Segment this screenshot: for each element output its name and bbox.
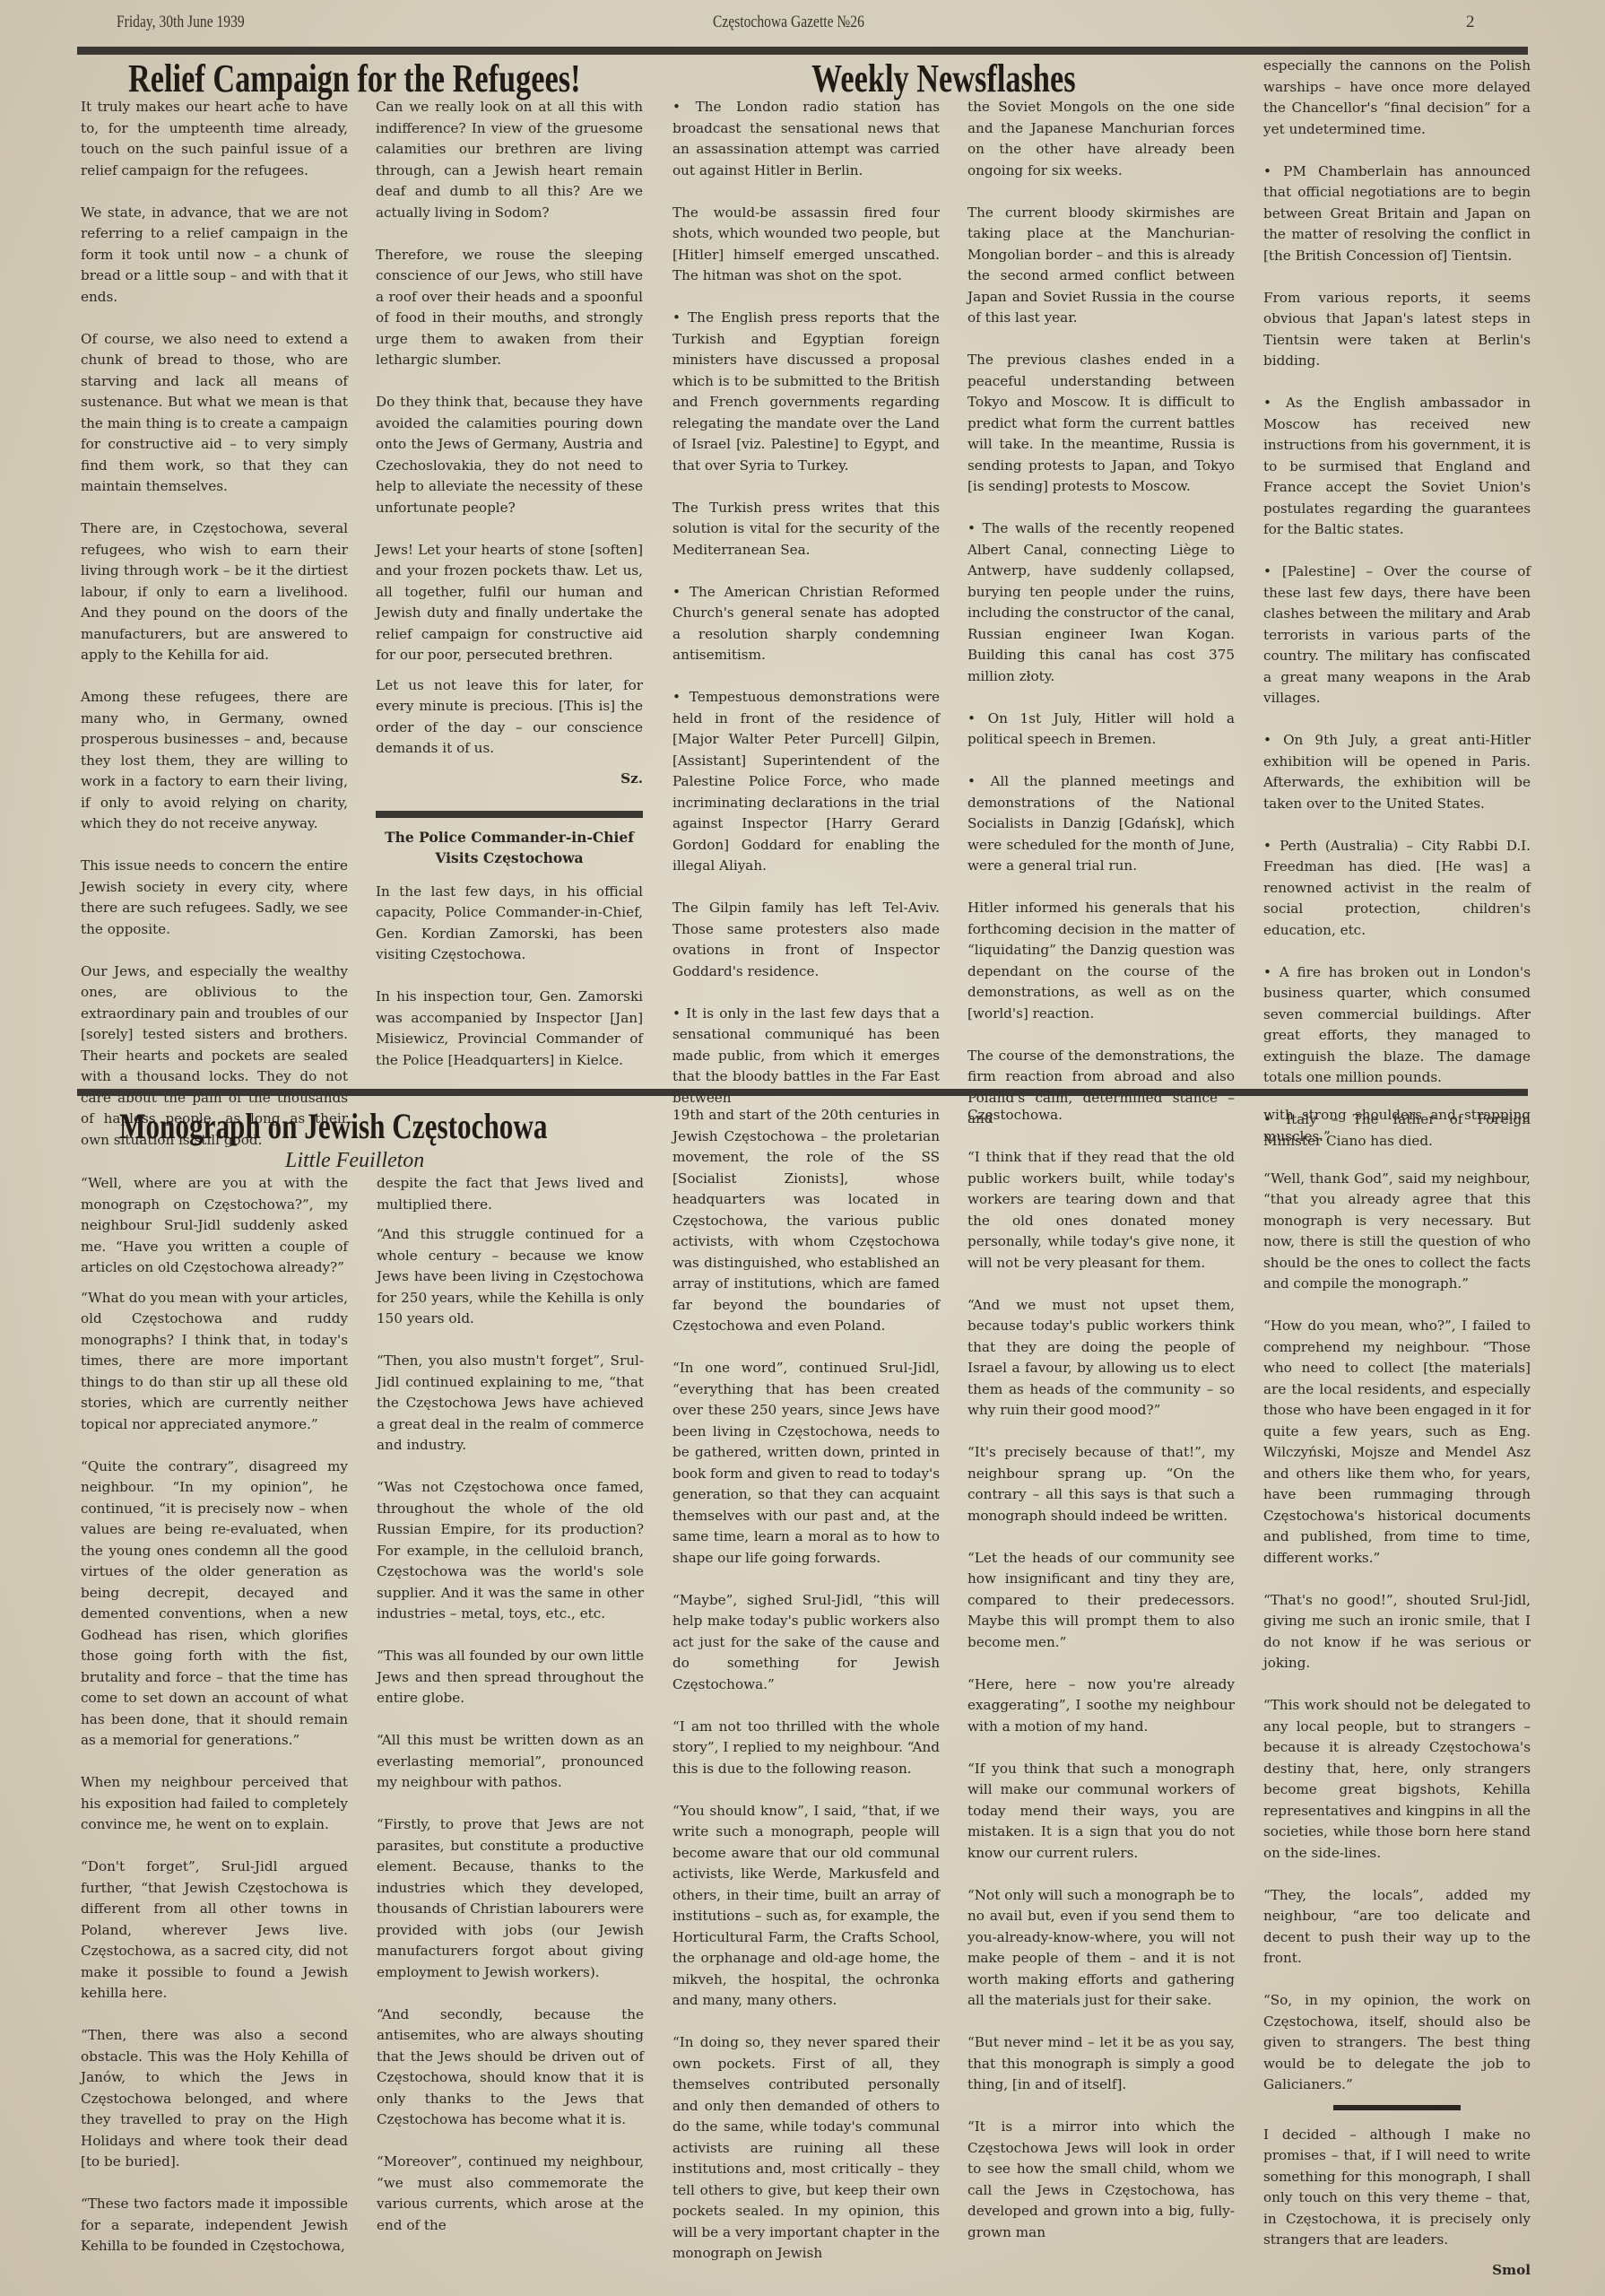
news-item: The American Christian Reformed Church's… — [672, 582, 940, 666]
paragraph: with strong shoulders and strapping musc… — [1263, 1105, 1531, 1147]
paragraph: In the last few days, in his official ca… — [376, 882, 643, 966]
paragraph: “Not only will such a monograph be to no… — [967, 1885, 1235, 2012]
section-divider — [376, 811, 643, 818]
paragraph: “Well, where are you at with the monogra… — [81, 1173, 348, 1279]
news-item: A fire has broken out in London's busine… — [1263, 962, 1531, 1089]
paragraph: “All this must be written down as an eve… — [377, 1730, 644, 1794]
monograph-column-1: “Well, where are you at with the monogra… — [81, 1173, 348, 2278]
section-divider — [1333, 2105, 1461, 2110]
paragraph: There are, in Częstochowa, several refug… — [81, 518, 348, 666]
paragraph: Of course, we also need to extend a chun… — [81, 329, 348, 498]
paragraph: Hitler informed his generals that his fo… — [967, 898, 1235, 1024]
news-column-2: the Soviet Mongols on the one side and t… — [967, 97, 1235, 1151]
paragraph: “So, in my opinion, the work on Częstoch… — [1263, 1990, 1531, 2096]
paragraph: Therefore, we rouse the sleeping conscie… — [376, 245, 643, 371]
relief-headline: Relief Campaign for the Refugees! — [128, 56, 581, 101]
paragraph: “Don't forget”, Srul-Jidl argued further… — [81, 1857, 348, 2005]
paragraph: “And this struggle continued for a whole… — [377, 1224, 644, 1330]
paragraph: “And secondly, because the antisemites, … — [377, 2005, 644, 2131]
middle-rule — [77, 1089, 1528, 1096]
paragraph: “In one word”, continued Srul-Jidl, “eve… — [672, 1358, 940, 1569]
paragraph: The previous clashes ended in a peaceful… — [967, 350, 1235, 498]
relief-column-1: It truly makes our heart ache to have to… — [81, 97, 348, 1172]
paragraph: “They, the locals”, added my neighbour, … — [1263, 1885, 1531, 1970]
paragraph: “Let the heads of our community see how … — [967, 1548, 1235, 1654]
news-item: Perth (Australia) – City Rabbi D.I. Free… — [1263, 836, 1531, 942]
police-headline: The Police Commander-in-Chief Visits Czę… — [376, 827, 643, 869]
paragraph: Do they think that, because they have av… — [376, 392, 643, 518]
relief-signature: Sz. — [376, 769, 643, 790]
monograph-subtitle: Little Feuilleton — [285, 1149, 424, 1173]
paragraph: the Soviet Mongols on the one side and t… — [967, 97, 1235, 181]
paragraph: “You should know”, I said, “that, if we … — [672, 1801, 940, 2012]
news-item: As the English ambassador in Moscow has … — [1263, 393, 1531, 541]
paragraph: “Here, here – now you're already exagger… — [967, 1674, 1235, 1738]
paragraph: “These two factors made it impossible fo… — [81, 2194, 348, 2257]
paragraph: “This work should not be delegated to an… — [1263, 1695, 1531, 1864]
paragraph: “It is a mirror into which the Częstocho… — [967, 2117, 1235, 2243]
paragraph: I decided – although I make no promises … — [1263, 2125, 1531, 2251]
paragraph: “But never mind – let it be as you say, … — [967, 2032, 1235, 2096]
monograph-signature: Smol — [1263, 2260, 1531, 2282]
paragraph: Let us not leave this for later, for eve… — [376, 675, 643, 760]
paragraph: “Firstly, to prove that Jews are not par… — [377, 1814, 644, 1983]
top-rule — [77, 47, 1528, 55]
paragraph: “How do you mean, who?”, I failed to com… — [1263, 1316, 1531, 1569]
monograph-column-5: with strong shoulders and strapping musc… — [1263, 1105, 1531, 2296]
paragraph: 19th and start of the 20th centuries in … — [672, 1105, 940, 1337]
paragraph: “I am not too thrilled with the whole st… — [672, 1717, 940, 1780]
paragraph: “Moreover”, continued my neighbour, “we … — [377, 2152, 644, 2236]
paragraph: Jews! Let your hearts of stone [soften] … — [376, 540, 643, 666]
paragraph: The would-be assassin fired four shots, … — [672, 203, 940, 287]
paragraph: Among these refugees, there are many who… — [81, 687, 348, 835]
news-headline: Weekly Newsflashes — [811, 56, 1076, 101]
newspaper-name: Częstochowa Gazette №26 — [713, 13, 864, 32]
paragraph: This issue needs to concern the entire J… — [81, 856, 348, 940]
paragraph: “It's precisely because of that!”, my ne… — [967, 1442, 1235, 1526]
paragraph: “If you think that such a monograph will… — [967, 1759, 1235, 1865]
news-item: All the planned meetings and demonstrati… — [967, 771, 1235, 877]
relief-column-2: Can we really look on at all this with i… — [376, 97, 643, 1092]
paragraph: We state, in advance, that we are not re… — [81, 203, 348, 309]
news-item: The English press reports that the Turki… — [672, 308, 940, 476]
paragraph: despite the fact that Jews lived and mul… — [377, 1173, 644, 1215]
news-item: PM Chamberlain has announced that offici… — [1263, 161, 1531, 267]
paragraph: From various reports, it seems obvious t… — [1263, 288, 1531, 372]
paragraph: “Maybe”, sighed Srul-Jidl, “this will he… — [672, 1590, 940, 1696]
masthead: Friday, 30th June 1939 Częstochowa Gazet… — [0, 13, 1605, 39]
issue-date: Friday, 30th June 1939 — [117, 13, 245, 32]
paragraph: “This was all founded by our own little … — [377, 1646, 644, 1709]
monograph-column-4: Częstochowa. “I think that if they read … — [967, 1105, 1235, 2265]
news-item: [Palestine] – Over the course of these l… — [1263, 561, 1531, 709]
news-column-3: especially the cannons on the Polish war… — [1263, 56, 1531, 1173]
paragraph: The Turkish press writes that this solut… — [672, 498, 940, 561]
news-item: On 9th July, a great anti-Hitler exhibit… — [1263, 730, 1531, 814]
monograph-headline: Monograph on Jewish Częstochowa — [119, 1105, 548, 1147]
paragraph: “Quite the contrary”, disagreed my neigh… — [81, 1457, 348, 1752]
monograph-column-3: 19th and start of the 20th centuries in … — [672, 1105, 940, 2285]
paragraph: “Well, thank God”, said my neighbour, “t… — [1263, 1169, 1531, 1295]
paragraph: Can we really look on at all this with i… — [376, 97, 643, 223]
paragraph: The Gilpin family has left Tel-Aviv. Tho… — [672, 898, 940, 982]
paragraph: The current bloody skirmishes are taking… — [967, 203, 1235, 329]
paragraph: In his inspection tour, Gen. Zamorski wa… — [376, 987, 643, 1071]
paragraph: “What do you mean with your articles, ol… — [81, 1288, 348, 1436]
paragraph: It truly makes our heart ache to have to… — [81, 97, 348, 181]
paragraph: “That's no good!”, shouted Srul-Jidl, gi… — [1263, 1590, 1531, 1674]
paragraph: Częstochowa. — [967, 1105, 1235, 1126]
paragraph: especially the cannons on the Polish war… — [1263, 56, 1531, 140]
page-number: 2 — [1466, 13, 1475, 32]
paragraph: “And we must not upset them, because tod… — [967, 1295, 1235, 1422]
paragraph: “I think that if they read that the old … — [967, 1147, 1235, 1274]
paragraph: When my neighbour perceived that his exp… — [81, 1772, 348, 1836]
paragraph: “Then, you also mustn't forget”, Srul-Ji… — [377, 1351, 644, 1457]
paragraph: “Then, there was also a second obstacle.… — [81, 2025, 348, 2173]
news-item: On 1st July, Hitler will hold a politica… — [967, 709, 1235, 751]
news-item: The London radio station has broadcast t… — [672, 97, 940, 181]
paragraph: “Was not Częstochowa once famed, through… — [377, 1477, 644, 1625]
news-item: The walls of the recently reopened Alber… — [967, 518, 1235, 687]
monograph-column-2: despite the fact that Jews lived and mul… — [377, 1173, 644, 2257]
news-column-1: The London radio station has broadcast t… — [672, 97, 940, 1130]
paragraph: “In doing so, they never spared their ow… — [672, 2032, 940, 2265]
news-item: Tempestuous demonstrations were held in … — [672, 687, 940, 877]
